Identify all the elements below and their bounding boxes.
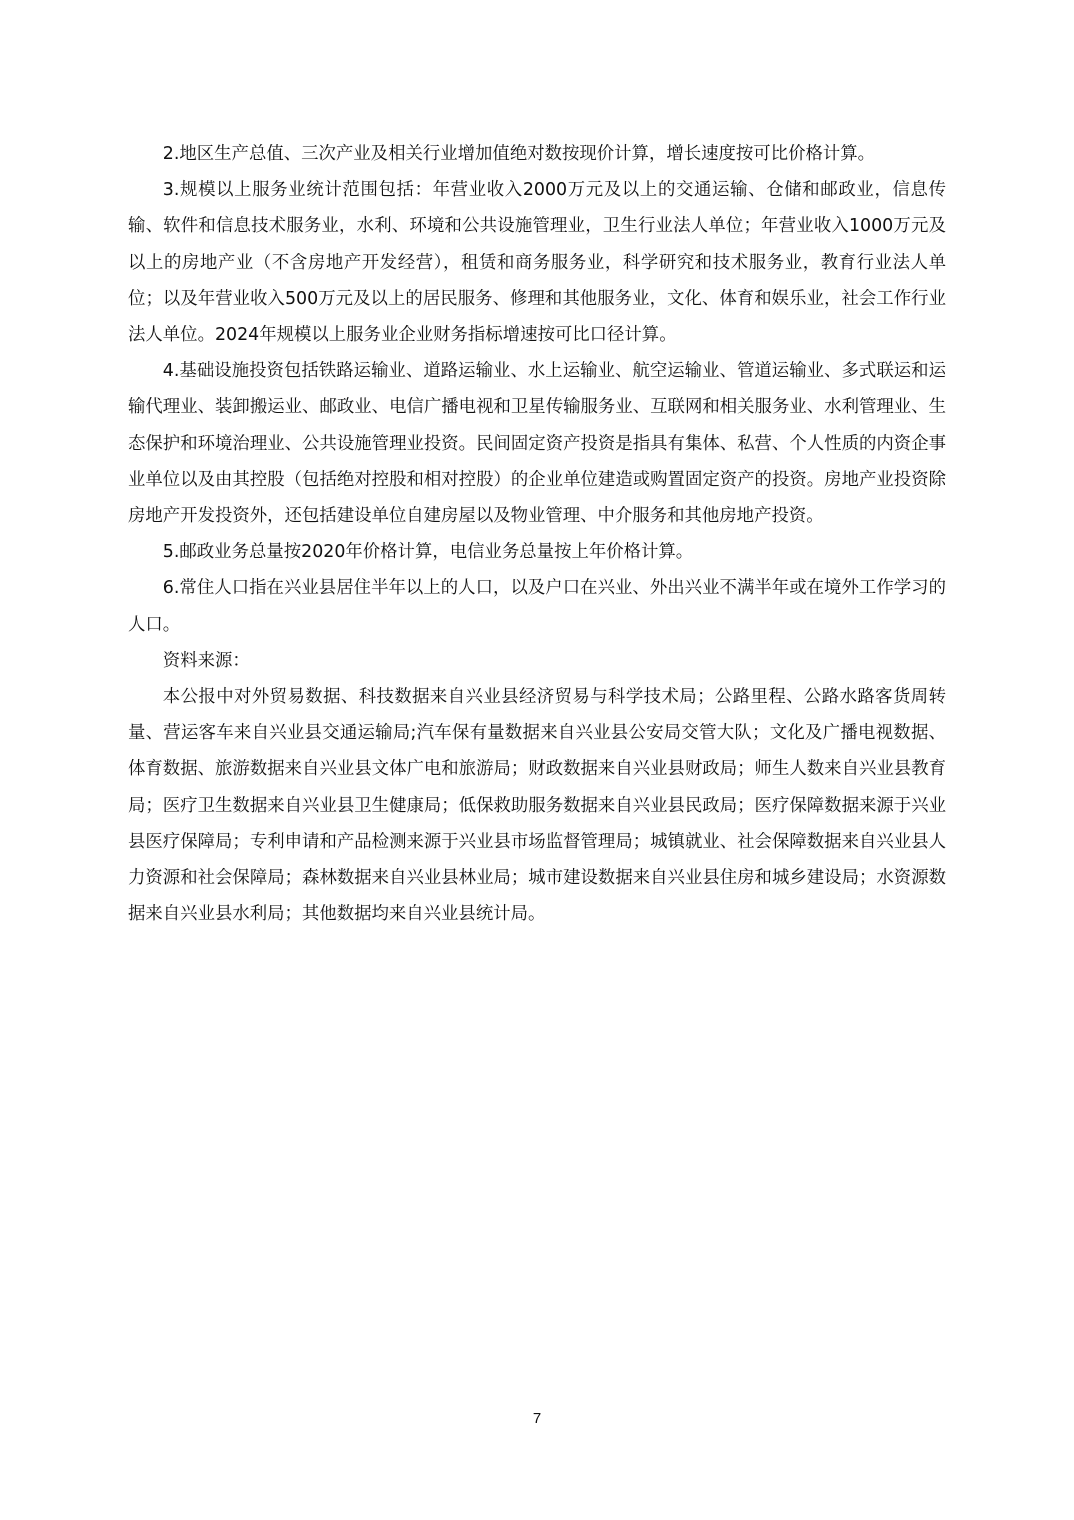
page-number: 7 [0,1410,1074,1427]
note-6-resident-population: 6.常住人口指在兴业县居住半年以上的人口，以及户口在兴业、外出兴业不满半年或在境… [128,570,946,642]
data-sources-heading: 资料来源： [128,643,946,679]
note-4-infrastructure-investment: 4.基础设施投资包括铁路运输业、道路运输业、水上运输业、航空运输业、管道运输业、… [128,353,946,534]
note-3-service-industry-scope: 3.规模以上服务业统计范围包括：年营业收入2000万元及以上的交通运输、仓储和邮… [128,172,946,353]
note-5-postal-telecom: 5.邮政业务总量按2020年价格计算，电信业务总量按上年价格计算。 [128,534,946,570]
note-2-gdp-calculation: 2.地区生产总值、三次产业及相关行业增加值绝对数按现价计算，增长速度按可比价格计… [128,136,946,172]
data-sources-text: 本公报中对外贸易数据、科技数据来自兴业县经济贸易与科学技术局；公路里程、公路水路… [128,679,946,932]
document-body: 2.地区生产总值、三次产业及相关行业增加值绝对数按现价计算，增长速度按可比价格计… [128,136,946,932]
